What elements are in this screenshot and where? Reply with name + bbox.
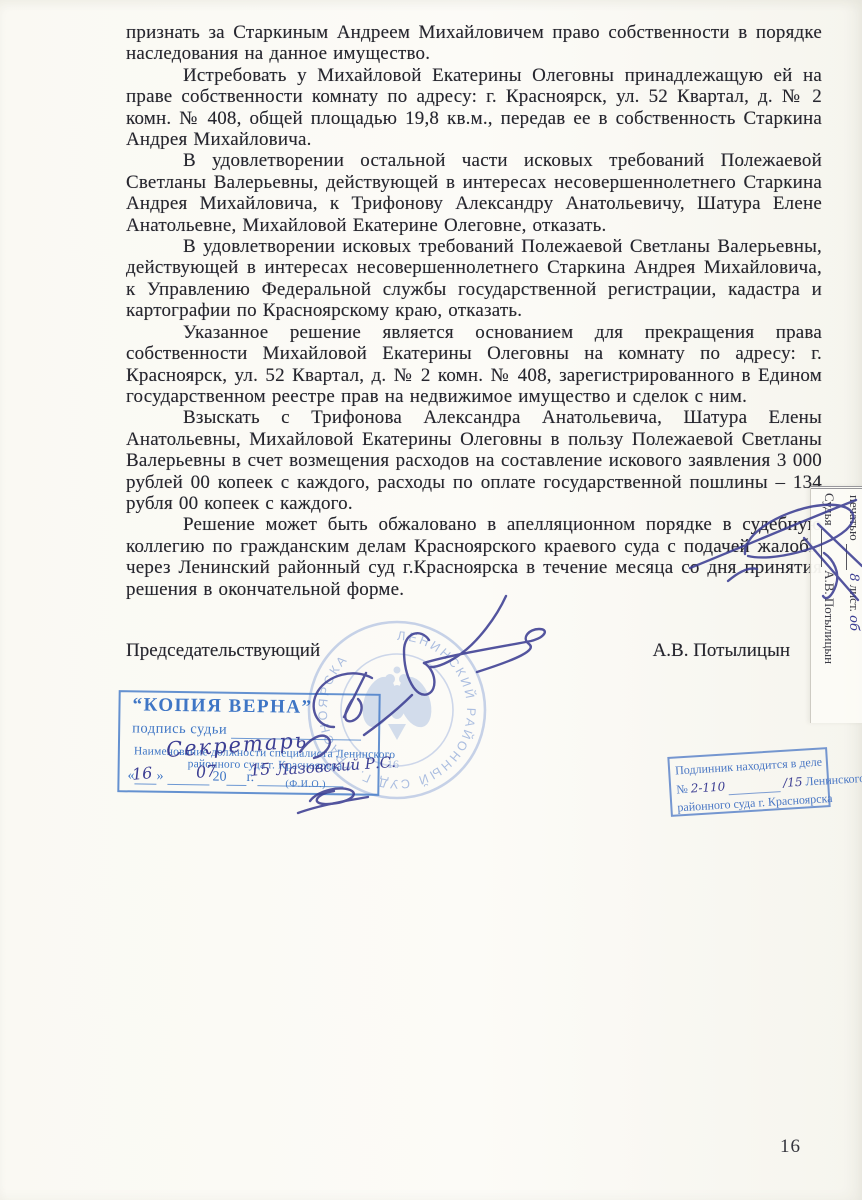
orig-stamp-line2-tail: Ленинского	[805, 771, 862, 789]
paragraph-termination-basis: Указанное решение является основанием дл…	[126, 322, 822, 408]
paragraph-appeal-procedure: Решение может быть обжаловано в апелляци…	[126, 514, 822, 600]
year-blank	[226, 773, 246, 786]
handwritten-case-year: /15	[783, 774, 803, 789]
strip-judge-label: Судья	[822, 493, 837, 526]
copy-stamp-title: “КОПИЯ ВЕРНА”	[132, 694, 312, 719]
binding-strip: печатью 8 лист. об Судья А.В. Потылицын	[810, 486, 862, 723]
page-number: 16	[780, 1136, 801, 1158]
paragraph-deny-rosreestr-claims: В удовлетворении исковых требований Поле…	[126, 236, 822, 322]
paragraph-deny-remaining-claims: В удовлетворении остальной части исковых…	[126, 150, 822, 236]
original-location-stamp: Подлинник находится в деле № 2-110 /15 Л…	[667, 747, 830, 817]
paragraph-recognize-ownership: признать за Старкиным Андреем Михайлович…	[126, 22, 822, 65]
strip-judge-line: Судья А.В. Потылицын	[821, 493, 837, 664]
quote-close: »	[156, 769, 163, 784]
handwritten-ob: об	[846, 615, 861, 631]
handwritten-month: 07	[195, 761, 217, 782]
body-text: признать за Старкиным Андреем Михайлович…	[126, 22, 822, 600]
paragraph-recover-costs: Взыскать с Трифонова Александра Анатолье…	[126, 407, 822, 514]
binding-strip-text: печатью 8 лист. об Судья А.В. Потылицын	[811, 489, 862, 723]
strip-signature-blank	[821, 529, 832, 567]
paragraph-reclaim-room: Истребовать у Михайловой Екатерины Олего…	[126, 65, 822, 151]
strip-judge-name: А.В. Потылицын	[822, 570, 837, 664]
handwritten-sheet-count: 8	[846, 573, 861, 581]
fio-caption: (Ф.И.О.)	[285, 779, 326, 791]
court-decision-scan-page: признать за Старкиным Андреем Михайлович…	[0, 0, 862, 1200]
judge-name: А.В. Потылицын	[653, 640, 790, 662]
sheets-blank	[846, 544, 857, 570]
sheets-label: лист.	[847, 585, 862, 612]
case-number-label: №	[676, 781, 688, 796]
sealed-label: печатью	[847, 495, 862, 541]
strip-sheets-line: печатью 8 лист. об	[846, 495, 862, 631]
handwritten-day: 16	[131, 763, 153, 784]
handwritten-case-number: 2-110	[690, 779, 725, 795]
handwritten-year: 15	[249, 759, 271, 780]
